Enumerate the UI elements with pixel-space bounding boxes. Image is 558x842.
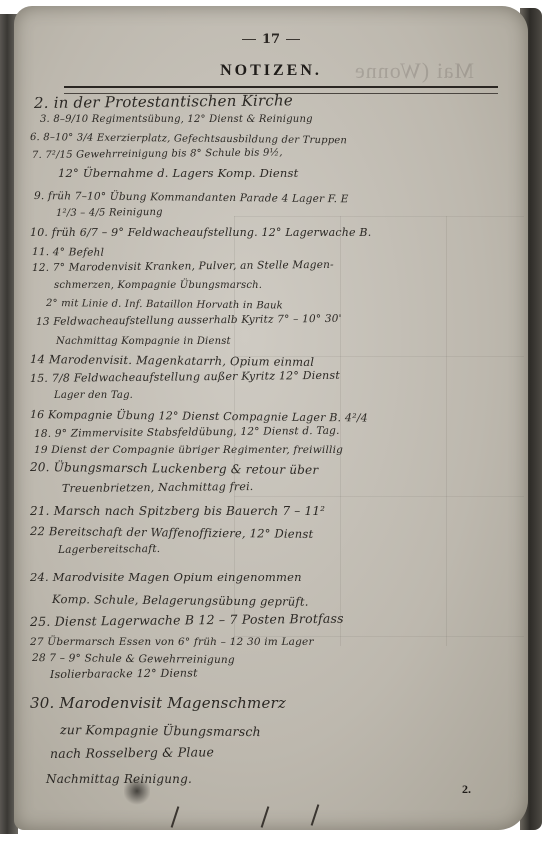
handwritten-line: Lagerbereitschaft. xyxy=(58,543,160,556)
handwritten-line: Treuenbrietzen, Nachmittag frei. xyxy=(62,480,254,495)
handwritten-line: 7. 7²/15 Gewehrreinigung bis 8° Schule b… xyxy=(32,147,283,161)
handwritten-line: 21. Marsch nach Spitzberg bis Bauerch 7 … xyxy=(30,504,325,518)
handwritten-line: 14 Marodenvisit. Magenkatarrh, Opium ein… xyxy=(30,352,314,369)
pen-stroke xyxy=(261,806,270,828)
page-footer-mark: 2. xyxy=(462,782,471,797)
dash-right xyxy=(286,39,300,40)
handwritten-line: 11. 4° Befehl xyxy=(32,246,104,259)
page-title: NOTIZEN. xyxy=(14,62,528,80)
handwritten-line: Lager den Tag. xyxy=(54,390,133,401)
page-number-text: 17 xyxy=(262,32,280,47)
ink-smudge xyxy=(124,776,150,806)
handwritten-line: Komp. Schule, Belagerungsübung geprüft. xyxy=(52,592,309,609)
handwritten-line: 30. Marodenvisit Magenschmerz xyxy=(30,694,286,712)
handwritten-line: 2° mit Linie d. Inf. Bataillon Horvath i… xyxy=(46,298,283,311)
handwritten-line: 22 Bereitschaft der Waffenoffiziere, 12°… xyxy=(30,524,313,541)
handwritten-line: 16 Kompagnie Übung 12° Dienst Compagnie … xyxy=(30,408,368,425)
handwritten-line: 24. Marodvisite Magen Opium eingenommen xyxy=(30,570,302,584)
handwritten-line: 6. 8–10° 3/4 Exerzierplatz, Gefechtsausb… xyxy=(30,132,347,146)
handwritten-line: 10. früh 6/7 – 9° Feldwacheaufstellung. … xyxy=(30,226,371,239)
scanned-notebook-photo: Mai (Wonne 17 NOTIZEN. 2. in der Protest… xyxy=(0,0,558,842)
handwritten-line: 9. früh 7–10° Übung Kommandanten Parade … xyxy=(34,190,349,205)
handwritten-line: 28 7 – 9° Schule & Gewehrreinigung xyxy=(32,652,235,666)
handwritten-line: 12° Übernahme d. Lagers Komp. Dienst xyxy=(58,166,298,180)
handwritten-line: 20. Übungsmarsch Luckenberg & retour übe… xyxy=(30,460,318,477)
handwritten-line: 3. 8–9/10 Regimentsübung, 12° Dienst & R… xyxy=(40,114,313,125)
notebook-page: Mai (Wonne 17 NOTIZEN. 2. in der Protest… xyxy=(14,6,528,830)
handwritten-line: Isolierbaracke 12° Dienst xyxy=(50,666,198,681)
handwritten-line: 27 Übermarsch Essen von 6° früh – 12 30 … xyxy=(30,636,314,648)
pen-stroke xyxy=(171,806,180,828)
handwritten-line: schmerzen, Kompagnie Übungsmarsch. xyxy=(54,280,262,291)
handwritten-line: 2. in der Protestantischen Kirche xyxy=(34,91,293,112)
handwritten-line: Nachmittag Reinigung. xyxy=(46,772,192,786)
handwritten-line: Nachmittag Kompagnie in Dienst xyxy=(56,336,231,347)
handwritten-line: zur Kompagnie Übungsmarsch xyxy=(60,722,261,739)
page-number: 17 xyxy=(14,32,528,47)
handwritten-line: nach Rosselberg & Plaue xyxy=(50,744,214,761)
dash-left xyxy=(242,39,256,40)
handwritten-line: 19 Dienst der Compagnie übriger Regiment… xyxy=(34,444,343,456)
pen-stroke xyxy=(311,804,320,826)
handwritten-line: 1²/3 – 4/5 Reinigung xyxy=(56,207,163,219)
